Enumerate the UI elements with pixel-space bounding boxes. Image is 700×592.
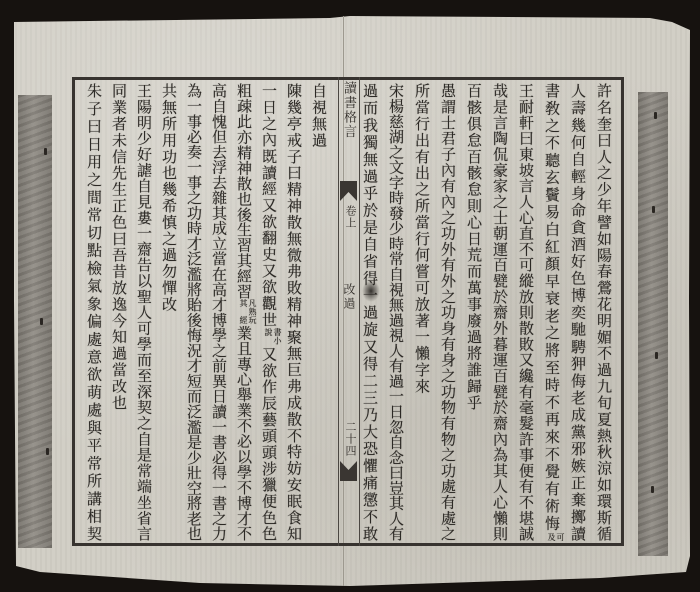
text-column: 為一事必奏一事之功時才泛濫將貽後悔況才短而泛濫是少壯空將老也 <box>181 83 207 541</box>
text-column: 過而我獨無過乎於是自省得一過旋又得二三乃大恐懼痛懲不敢 <box>357 83 383 541</box>
text-column: 粗疎此亦精神散也後生習其經習凡熟玩其經業且專心舉業不必以學不博才不 <box>231 83 257 541</box>
binding-hole-mark <box>655 352 658 359</box>
volume-label: 卷上 <box>339 205 358 229</box>
page-number: 二十四 <box>339 421 358 457</box>
binding-hole-mark <box>46 448 49 455</box>
binding-hole-mark <box>40 318 43 325</box>
binding-hole-mark <box>652 206 655 213</box>
text-column: 陳幾亭戒子曰精神散無微弗敗精神聚無巨弗成散不特妨安眠食知 <box>281 83 307 541</box>
section-heading: 自視無過 <box>306 83 332 541</box>
upper-fishtail-mark <box>340 181 357 201</box>
left-backing-strip <box>18 95 52 548</box>
text-column: 百骸俱怠百骸怠則心日荒而萬事廢過將誰歸乎 <box>461 83 487 541</box>
text-column: 所當行出有出之所當行何嘗可放著一懶字來 <box>409 83 435 541</box>
text-column: 王耐軒曰東坡言人心直不可縱放則散敗又纔有毫髮許事便有不堪誠 <box>513 83 539 541</box>
text-column: 王陽明少好謔自見婁一齋告以聖人可學而至深契之自是常端坐省言 <box>131 83 157 541</box>
text-column: 人壽幾何自輕身命貪酒好色博奕馳騁狎侮老成黨邪嫉正棄擲讀 <box>565 83 591 541</box>
text-column: 一日之內既讀經又欲翻史又欲觀世書小說又欲作辰藝頭頭涉獵便色色 <box>256 83 282 541</box>
binding-hole-mark <box>44 148 47 155</box>
binding-hole-mark <box>651 486 654 493</box>
text-column: 共無所用功也幾希慎之過勿憚改 <box>156 83 182 541</box>
text-column: 哉是言陶侃豪家之士朝運百甓於齋外暮運百甓於齋內為其人心懶則 <box>487 83 513 541</box>
text-column: 宋楊慈湖之文字時發少時常自視無過視人有過一日忽自念曰豈其人有 <box>383 83 409 541</box>
interlinear-note: 凡熟玩其經 <box>239 299 257 325</box>
ink-blot <box>362 280 380 302</box>
text-column: 愚謂士君子內有內之功外有外之功身有身之功物有物之功處有處之 <box>435 83 461 541</box>
book-title: 讀書格言 <box>339 81 358 139</box>
interlinear-note: 書小說 <box>264 328 282 345</box>
text-column: 許名奎曰人之少年譬如陽春鶯花明媚不過九旬夏熱秋涼如環斯循 <box>591 83 617 541</box>
section-label: 改過 <box>339 283 358 311</box>
text-column: 同業者未信先生正色曰吾昔放逸今知過當改也 <box>106 83 132 541</box>
text-column: 書敎之不聽玄鬢易白紅顏早衰老之將至時不再來不覺有術悔可及 <box>539 83 565 541</box>
lower-fishtail-mark <box>340 461 357 481</box>
binding-hole-mark <box>654 112 657 119</box>
text-column: 高自愧但去浮去雜其成立當在高才博學之前異日讀一書必得一書之力 <box>206 83 232 541</box>
text-column: 朱子曰日用之間常切點檢氣象偏處意欲萌處與平常所講相契 <box>81 83 107 541</box>
interlinear-note: 可及 <box>547 533 565 542</box>
